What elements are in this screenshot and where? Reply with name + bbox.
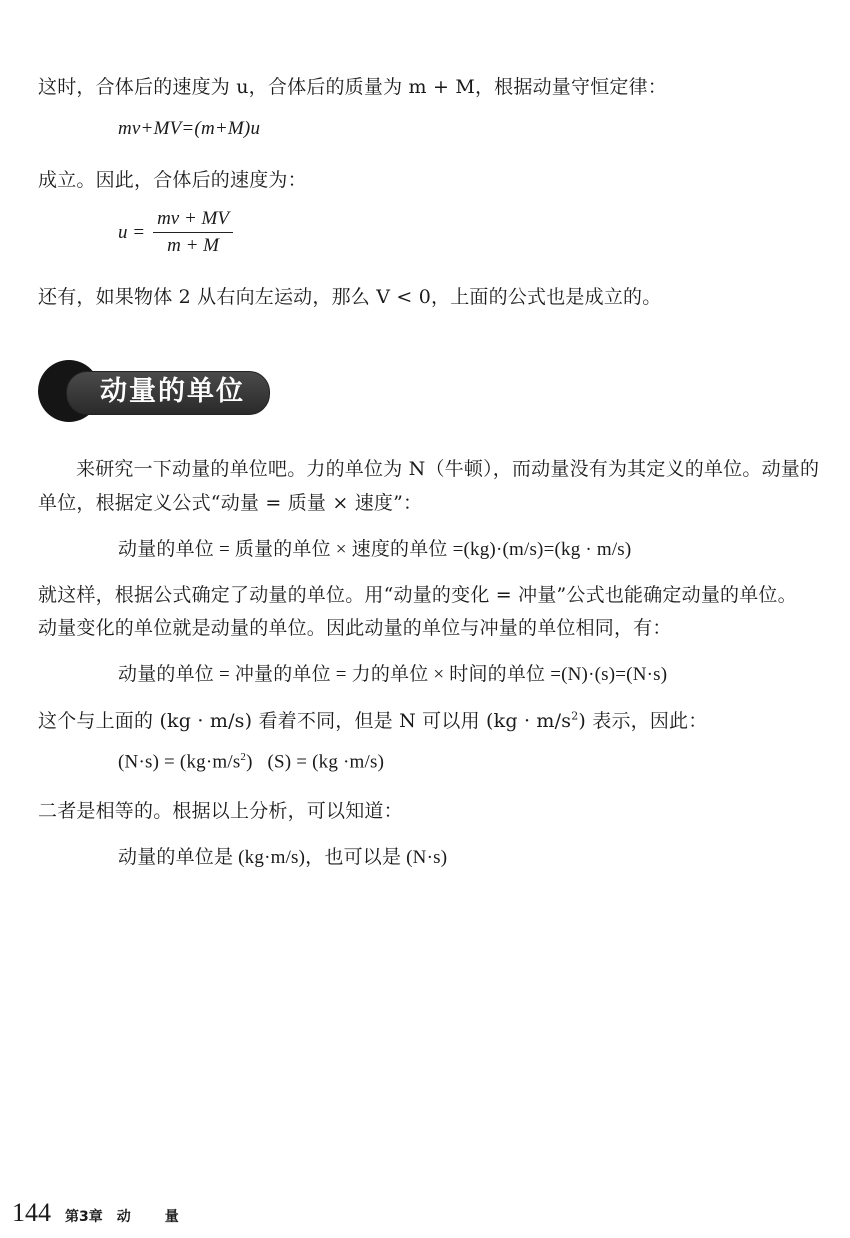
equation-final-unit: 动量的单位是 (kg·m/s)，也可以是 (N·s)	[118, 842, 447, 869]
section-title: 动量的单位	[100, 371, 245, 413]
paragraph-impulse-2: 动量变化的单位就是动量的单位。因此动量的单位与冲量的单位相同，有：	[38, 613, 672, 640]
page-footer: 144 第3章 动 量	[12, 1198, 179, 1228]
fraction-denominator: m + M	[163, 233, 223, 257]
paragraph-velocity-after-merge: 这时，合体后的速度为 u，合体后的质量为 m + M，根据动量守恒定律：	[38, 72, 667, 99]
paragraph-impulse-1: 就这样，根据公式确定了动量的单位。用“动量的变化 = 冲量”公式也能确定动量的单…	[38, 580, 797, 607]
equation-merged-velocity: u = mv + MV m + M	[118, 208, 233, 257]
equation-momentum-conservation: mv+MV=(m+M)u	[118, 118, 260, 140]
equation-unit-from-definition: 动量的单位 = 质量的单位 × 速度的单位 =(kg)·(m/s)=(kg · …	[118, 534, 631, 561]
paragraph-conclusion: 二者是相等的。根据以上分析，可以知道：	[38, 796, 403, 823]
paragraph-units-intro-1: 来研究一下动量的单位吧。力的单位为 N（牛顿），而动量没有为其定义的单位。动量的	[76, 454, 819, 481]
fraction-numerator: mv + MV	[153, 208, 233, 233]
paragraph-therefore: 成立。因此，合体后的速度为：	[38, 165, 307, 192]
paragraph-compare-units: 这个与上面的 (kg · m/s) 看着不同，但是 N 可以用 (kg · m/…	[38, 706, 707, 733]
section-heading: 动量的单位	[38, 352, 268, 428]
equation-unit-from-impulse: 动量的单位 = 冲量的单位 = 力的单位 × 时间的单位 =(N)·(s)=(N…	[118, 659, 667, 686]
paragraph-units-intro-2: 单位，根据定义公式“动量 = 质量 × 速度”：	[38, 488, 422, 515]
page-number: 144	[12, 1198, 51, 1228]
fraction-lhs: u =	[118, 222, 145, 244]
chapter-title-part-1: 动	[117, 1206, 131, 1226]
chapter-title-part-2: 量	[165, 1206, 179, 1226]
paragraph-negative-velocity: 还有，如果物体 2 从右向左运动，那么 V < 0，上面的公式也是成立的。	[38, 282, 661, 309]
equation-unit-equivalence: (N·s) = (kg·m/s2) (S) = (kg ·m/s)	[118, 751, 384, 773]
chapter-label: 第3章	[65, 1206, 103, 1226]
